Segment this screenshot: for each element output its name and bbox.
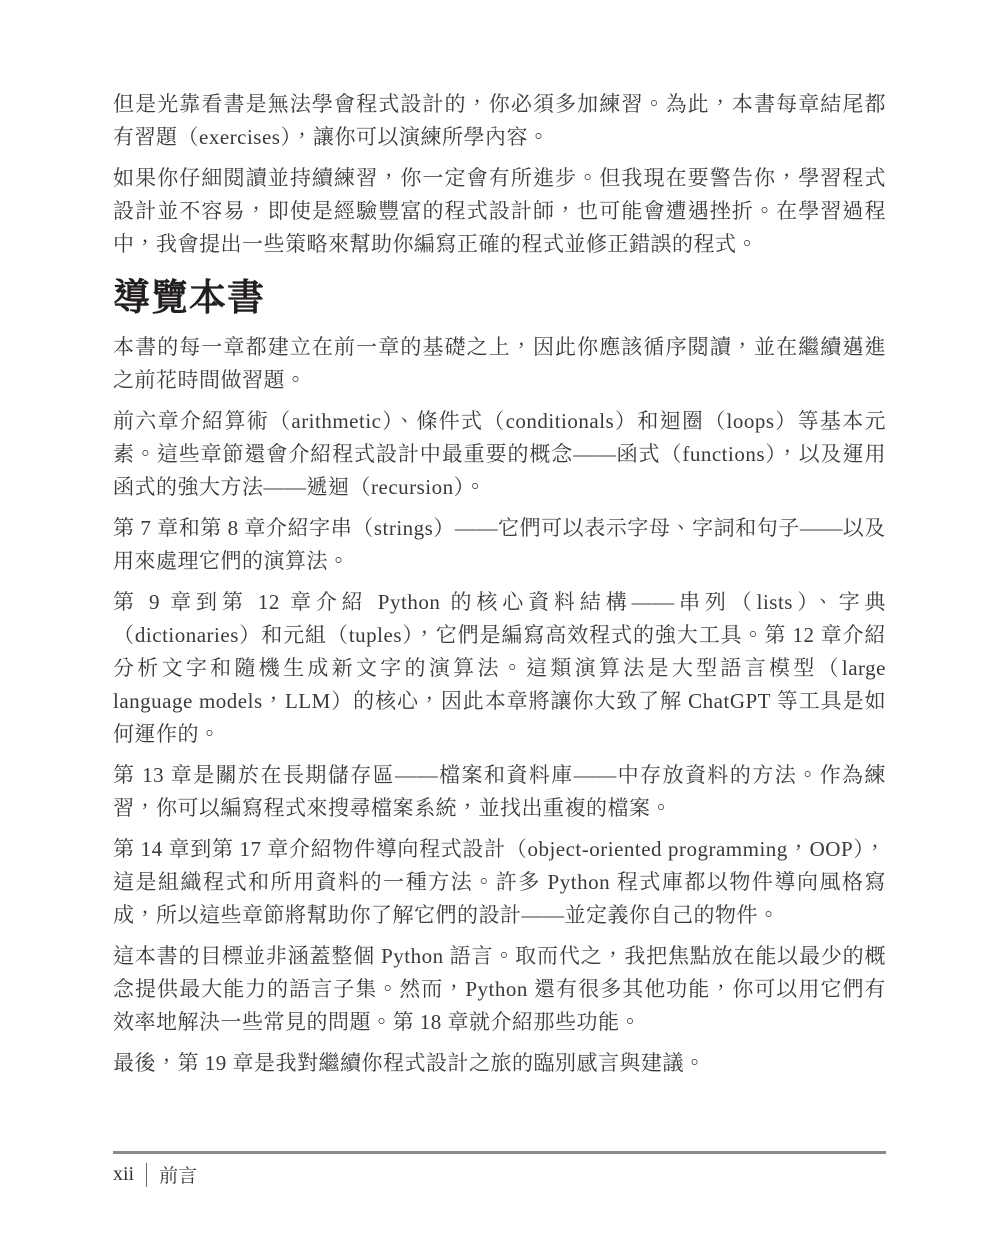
footer-rule (113, 1151, 886, 1154)
paragraph: 前六章介紹算術（arithmetic）、條件式（conditionals）和迴圈… (113, 405, 886, 504)
paragraph: 第 13 章是關於在長期儲存區——檔案和資料庫——中存放資料的方法。作為練習，你… (113, 759, 886, 825)
footer-divider (146, 1163, 147, 1187)
paragraph: 這本書的目標並非涵蓋整個 Python 語言。取而代之，我把焦點放在能以最少的概… (113, 940, 886, 1039)
paragraph: 如果你仔細閱讀並持續練習，你一定會有所進步。但我現在要警告你，學習程式設計並不容… (113, 162, 886, 261)
section-title: 導覽本書 (113, 275, 886, 321)
book-page: 但是光靠看書是無法學會程式設計的，你必須多加練習。為此，本書每章結尾都有習題（e… (0, 0, 1000, 1243)
paragraph: 第 14 章到第 17 章介紹物件導向程式設計（object-oriented … (113, 833, 886, 932)
page-number: xii (113, 1163, 134, 1186)
footer-line: xii 前言 (113, 1161, 886, 1188)
page-content: 但是光靠看書是無法學會程式設計的，你必須多加練習。為此，本書每章結尾都有習題（e… (113, 88, 886, 1088)
paragraph: 最後，第 19 章是我對繼續你程式設計之旅的臨別感言與建議。 (113, 1047, 886, 1080)
chapter-label: 前言 (159, 1161, 197, 1188)
paragraph: 本書的每一章都建立在前一章的基礎之上，因此你應該循序閱讀，並在繼續邁進之前花時間… (113, 331, 886, 397)
paragraph: 第 9 章到第 12 章介紹 Python 的核心資料結構——串列（lists）… (113, 586, 886, 751)
paragraph: 但是光靠看書是無法學會程式設計的，你必須多加練習。為此，本書每章結尾都有習題（e… (113, 88, 886, 154)
page-footer: xii 前言 (113, 1151, 886, 1188)
paragraph: 第 7 章和第 8 章介紹字串（strings）——它們可以表示字母、字詞和句子… (113, 512, 886, 578)
